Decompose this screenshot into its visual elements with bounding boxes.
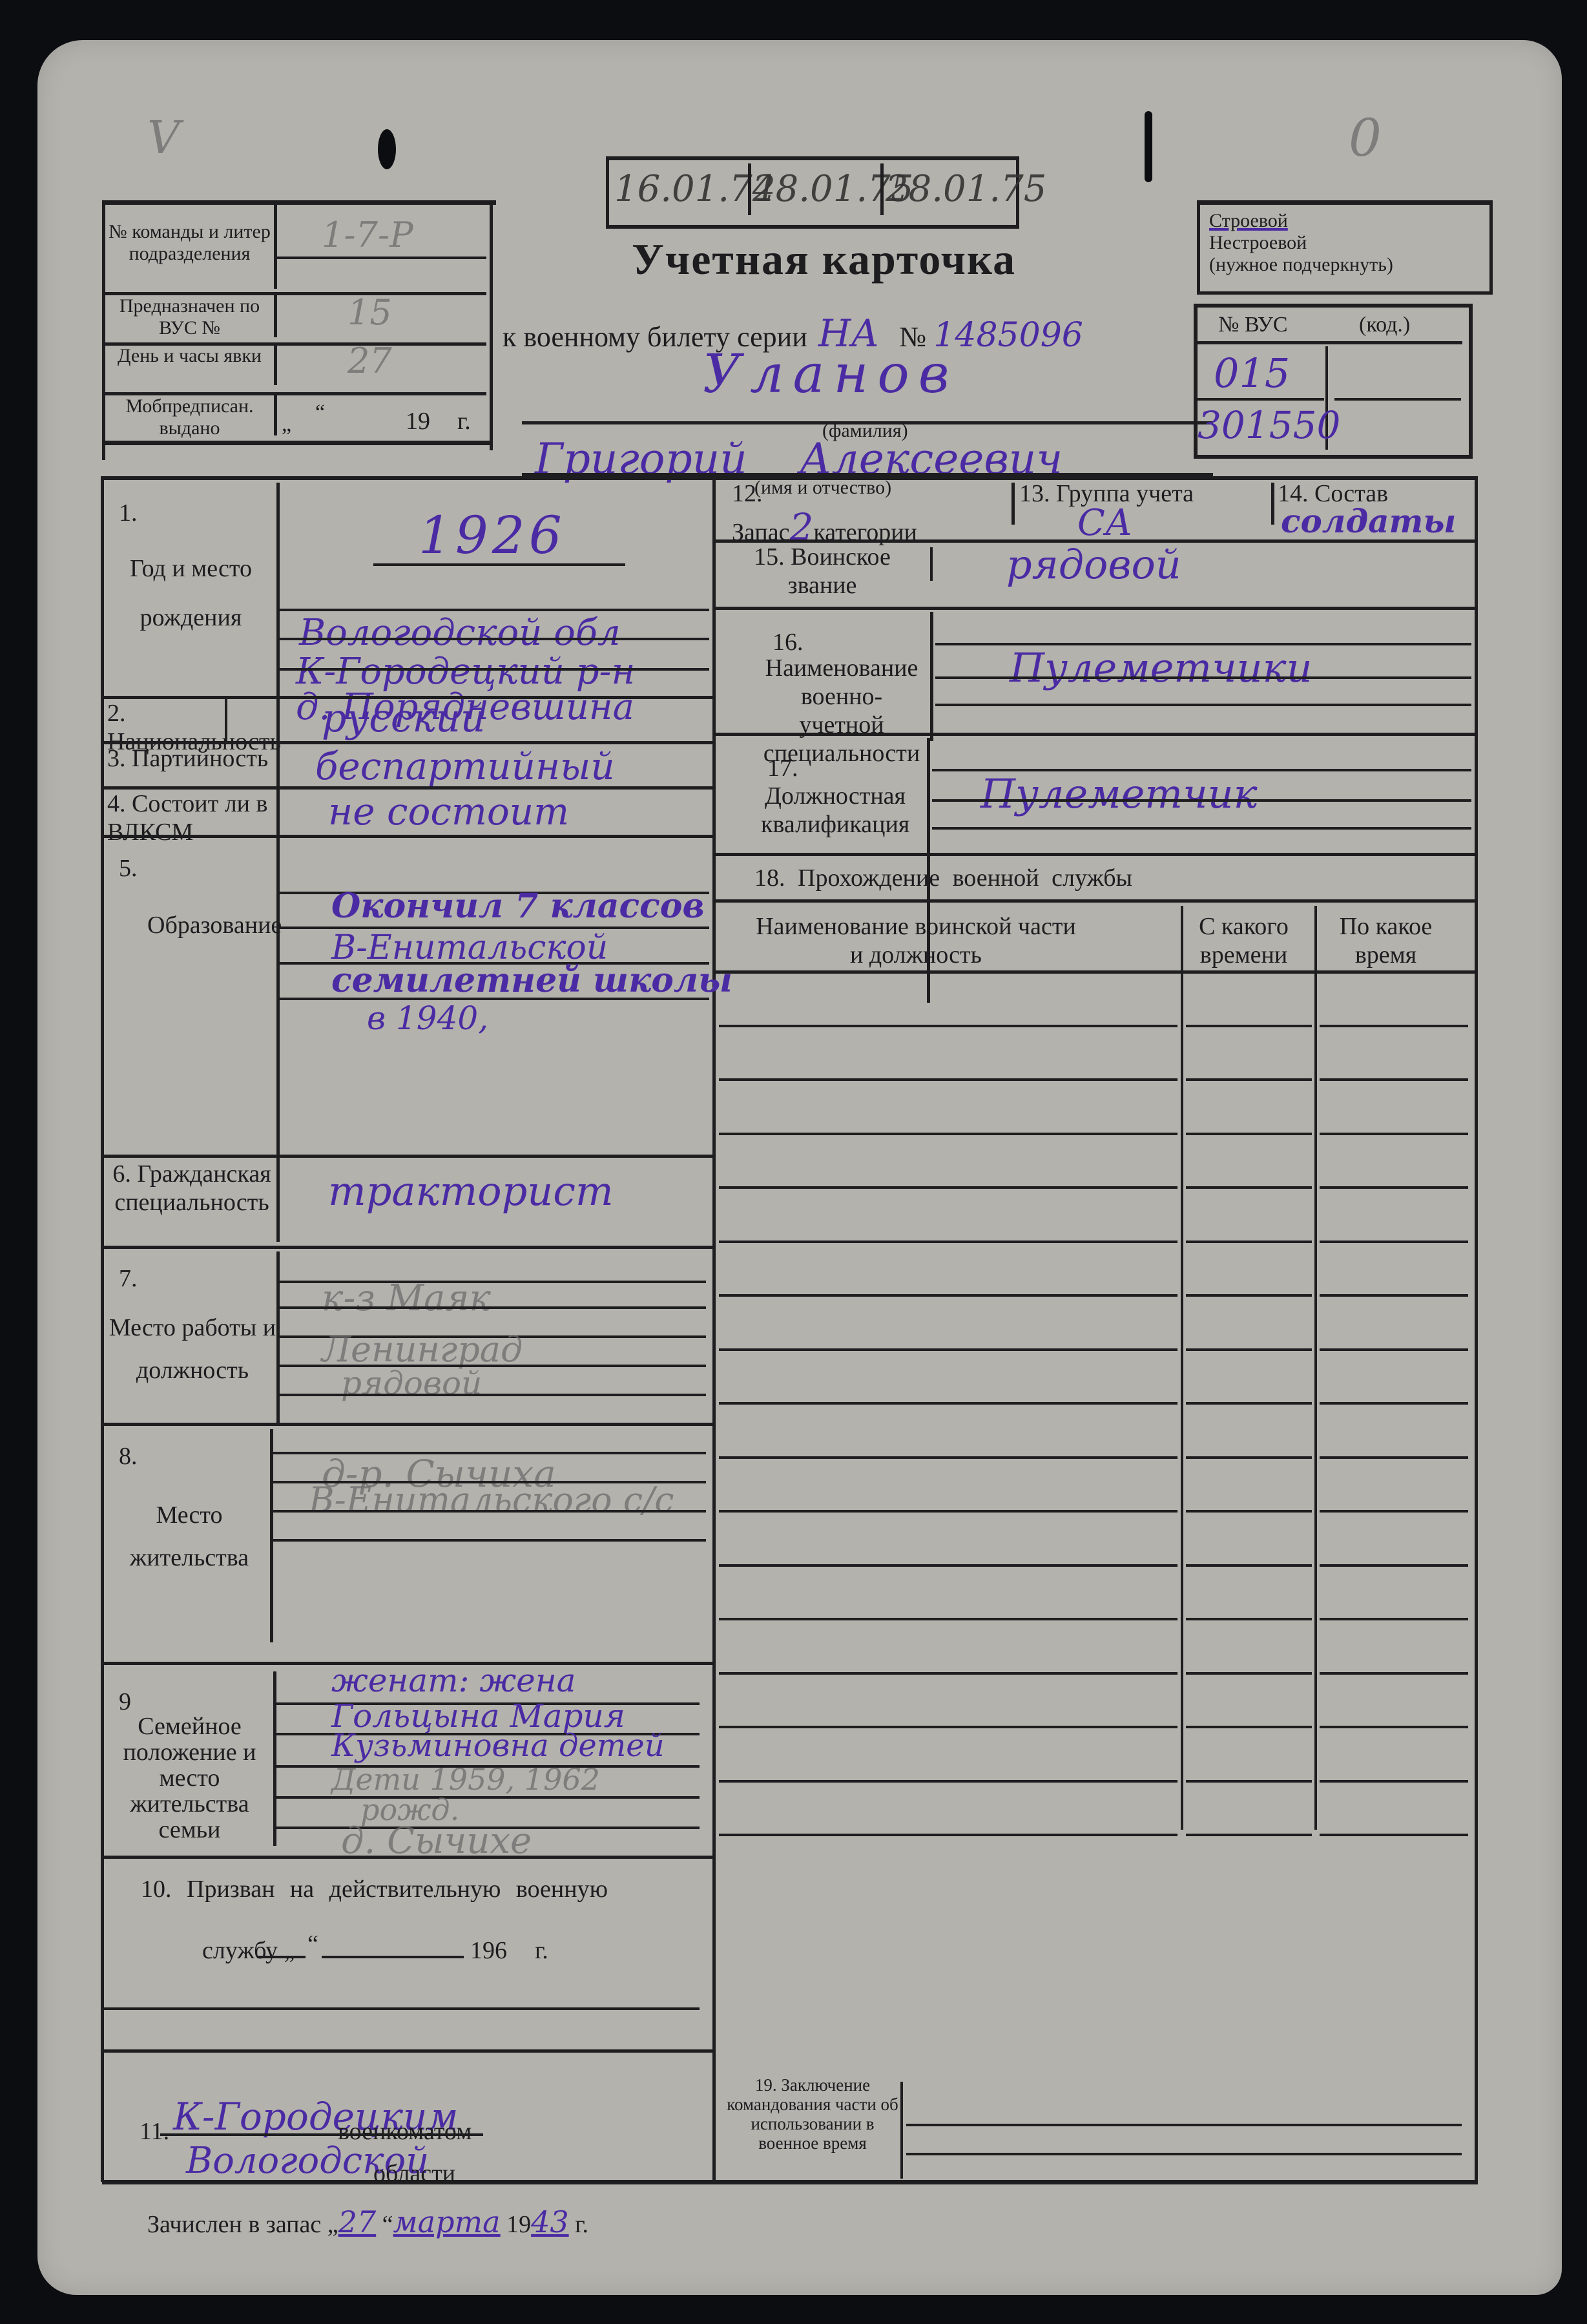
card-title: Учетная карточка xyxy=(632,234,1016,285)
label-birth: Год и место рождения xyxy=(109,544,273,642)
label-residence: Место жительства xyxy=(109,1494,270,1579)
label-qualification: Должностная квалификация xyxy=(761,782,909,839)
service-history-row-line[interactable] xyxy=(1186,1510,1312,1513)
service-history-row-line[interactable] xyxy=(1320,1133,1468,1135)
service-history-row-line[interactable] xyxy=(719,1780,1177,1783)
service-history-row-line[interactable] xyxy=(719,1186,1177,1189)
qualification-value: Пулеметчик xyxy=(980,770,1258,817)
birth-place-1: Вологодской обл xyxy=(299,612,621,654)
composition-value: солдаты xyxy=(1281,502,1456,540)
service-history-row-line[interactable] xyxy=(1320,1025,1468,1027)
service-history-row-line[interactable] xyxy=(1186,1186,1312,1189)
nationality-value: русский xyxy=(322,696,486,741)
registration-group-value: СА xyxy=(1077,502,1132,544)
name-caption: (имя и отчество) xyxy=(754,477,891,499)
reserve-year: 43 xyxy=(531,2204,569,2239)
work-line-3: рядовой xyxy=(341,1365,482,1402)
service-history-row-line[interactable] xyxy=(1186,1672,1312,1675)
vus-code-header: (код.) xyxy=(1359,313,1410,337)
rank-value: рядовой xyxy=(1006,541,1181,588)
family-line-4: Дети 1959, 1962 xyxy=(331,1762,600,1797)
service-history-row-line[interactable] xyxy=(719,1510,1177,1513)
service-history-row-line[interactable] xyxy=(1320,1456,1468,1459)
service-history-row-line[interactable] xyxy=(719,1078,1177,1081)
service-history-row-line[interactable] xyxy=(1320,1780,1468,1783)
surname-value: Уланов xyxy=(703,344,958,405)
service-history-row-line[interactable] xyxy=(719,1834,1177,1836)
vus-value-1: 015 xyxy=(1214,350,1290,397)
label-education: Образование xyxy=(147,899,244,951)
service-history-row-line[interactable] xyxy=(1186,1348,1312,1351)
service-history-row-line[interactable] xyxy=(1186,1564,1312,1567)
service-history-row-line[interactable] xyxy=(1320,1618,1468,1620)
service-type-hint: (нужное подчеркнуть) xyxy=(1209,254,1480,276)
date-stamp-box: 16.01.74 28.01.75 28.01.75 xyxy=(606,156,1019,229)
punch-hole-left xyxy=(378,129,396,169)
label-12-num: 12. xyxy=(732,479,763,508)
service-history-row-line[interactable] xyxy=(1320,1186,1468,1189)
registration-card: V 0 16.01.74 28.01.75 28.01.75 № команды… xyxy=(37,40,1562,2295)
label-appearance-time: День и часы явки xyxy=(107,345,272,367)
service-history-row-line[interactable] xyxy=(719,1025,1177,1027)
service-history-row-line[interactable] xyxy=(1320,1078,1468,1081)
service-history-row-line[interactable] xyxy=(719,1726,1177,1728)
service-history-row-line[interactable] xyxy=(1186,1294,1312,1297)
education-line-1: Окончил 7 классов xyxy=(331,886,705,926)
work-line-1: к-з Маяк xyxy=(322,1277,491,1319)
family-line-1: женат: жена xyxy=(331,1662,576,1699)
service-history-row-line[interactable] xyxy=(1186,1618,1312,1620)
value-vus-assigned: 15 xyxy=(347,292,392,333)
service-history-row-line[interactable] xyxy=(719,1241,1177,1243)
service-history-row-line[interactable] xyxy=(1320,1510,1468,1513)
service-history-row-line[interactable] xyxy=(1320,1241,1468,1243)
service-history-row-line[interactable] xyxy=(1186,1834,1312,1836)
label-commander-conclusion: 19. Заключение командования части об исп… xyxy=(725,2075,900,2153)
birth-year: 1926 xyxy=(419,505,566,565)
value-appearance-time: 27 xyxy=(347,340,392,381)
label-command-number: № команды и литер подразделения xyxy=(107,221,272,265)
service-history-row-line[interactable] xyxy=(1186,1726,1312,1728)
pencil-mark-right: 0 xyxy=(1349,108,1382,168)
service-history-row-line[interactable] xyxy=(719,1672,1177,1675)
education-line-3: семилетней школы xyxy=(331,961,732,1000)
label-civil-specialty: 6. Гражданская специальность xyxy=(107,1160,276,1217)
party-value: беспартийный xyxy=(315,744,615,788)
label-vus-assigned: Предназначен по ВУС № xyxy=(107,295,272,339)
service-history-row-line[interactable] xyxy=(1320,1672,1468,1675)
label-enlisted: Зачислен в запас „ xyxy=(147,2211,338,2238)
column-to-date[interactable]: По какое время xyxy=(1316,912,1455,969)
label-party: 3. Партийность xyxy=(107,744,288,773)
service-history-row-line[interactable] xyxy=(1320,1834,1468,1836)
label-work: Место работы и должность xyxy=(109,1306,276,1392)
service-history-row-line[interactable] xyxy=(1320,1402,1468,1405)
main-form-top-border xyxy=(102,476,1478,480)
label-family: Семейное положение и место жительства се… xyxy=(107,1713,272,1843)
service-history-row-line[interactable] xyxy=(1186,1780,1312,1783)
service-history-row-line[interactable] xyxy=(1320,1348,1468,1351)
stamp-date-3: 28.01.75 xyxy=(886,168,1046,210)
service-history-row-line[interactable] xyxy=(719,1348,1177,1351)
service-history-row-line[interactable] xyxy=(719,1294,1177,1297)
label-conscription: 10. Призван на действительную военную xyxy=(141,1875,608,1903)
work-line-2: Ленинград xyxy=(322,1329,523,1370)
main-form-right-border xyxy=(1475,476,1478,2182)
service-history-row-line[interactable] xyxy=(719,1456,1177,1459)
service-history-row-line[interactable] xyxy=(1186,1133,1312,1135)
reserve-month: марта xyxy=(393,2204,501,2239)
column-from-date[interactable]: С какого времени xyxy=(1181,912,1307,969)
vus-name-value: Пулеметчики xyxy=(1010,644,1312,691)
label-vus-name: Наименование военно-учетной специальност… xyxy=(761,654,922,768)
service-history-row-line[interactable] xyxy=(1186,1456,1312,1459)
service-history-row-line[interactable] xyxy=(719,1618,1177,1620)
family-line-3: Кузьминовна детей xyxy=(331,1728,665,1764)
pencil-check-mark: V xyxy=(147,111,180,164)
education-line-4: в 1940, xyxy=(367,1000,488,1037)
label-rank: 15. Воинское звание xyxy=(719,543,926,600)
main-form-left-border xyxy=(101,476,104,2182)
label-mob-order: Мобпредписан. выдано xyxy=(107,395,272,439)
service-type-noncombat[interactable]: Нестроевой xyxy=(1209,232,1480,254)
service-history-row-line[interactable] xyxy=(1186,1402,1312,1405)
conscription-year: 196 xyxy=(470,1936,507,1965)
civil-specialty-value: тракторист xyxy=(328,1167,614,1215)
mob-year: 19 xyxy=(406,407,430,435)
residence-line-2: В-Енитальского с/с xyxy=(309,1480,674,1520)
service-type-box: Строевой Нестроевой (нужное подчеркнуть) xyxy=(1197,200,1493,295)
label-service-history: 18. Прохождение военной службы xyxy=(754,864,1132,892)
service-history-row-line[interactable] xyxy=(719,1133,1177,1135)
label-oblast: области xyxy=(373,2159,455,2188)
service-history-row-line[interactable] xyxy=(1320,1564,1468,1567)
vus-box: № ВУС (код.) 015 301550 xyxy=(1194,304,1473,459)
komsomol-value: не состоит xyxy=(328,790,569,833)
service-history-row-line[interactable] xyxy=(1186,1078,1312,1081)
vus-value-2: 301550 xyxy=(1198,403,1340,447)
service-history-row-line[interactable] xyxy=(719,1402,1177,1405)
vus-header: № ВУС xyxy=(1218,313,1288,337)
value-command-number: 1-7-Р xyxy=(322,215,413,255)
service-history-row-line[interactable] xyxy=(1320,1726,1468,1728)
service-history-row-line[interactable] xyxy=(719,1564,1177,1567)
service-history-row-line[interactable] xyxy=(1320,1294,1468,1297)
service-type-combat[interactable]: Строевой xyxy=(1209,210,1480,232)
service-history-row-line[interactable] xyxy=(1186,1241,1312,1243)
punch-hole-right xyxy=(1145,111,1152,182)
column-unit-position[interactable]: Наименование воинской части и должность xyxy=(754,912,1077,969)
reserve-date-line: Зачислен в запас „27 “марта 1943 г. xyxy=(147,2204,588,2239)
reserve-day: 27 xyxy=(338,2204,377,2239)
service-history-row-line[interactable] xyxy=(1186,1025,1312,1027)
